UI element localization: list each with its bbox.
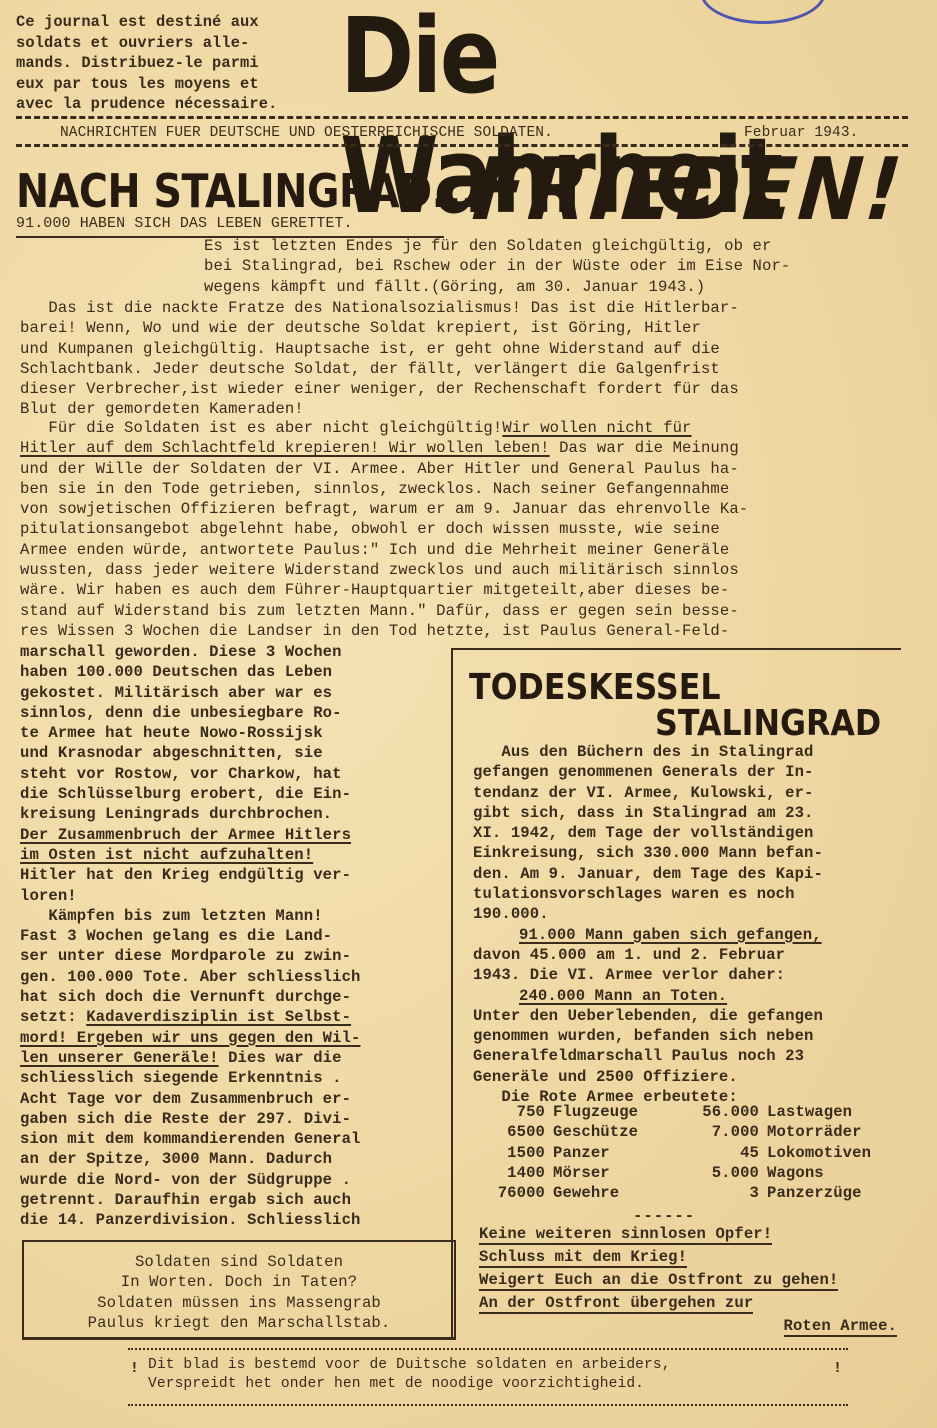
box-line: XI. 1942, dem Tage der vollständigen — [473, 823, 903, 843]
underlined-text: len unserer Generäle! — [20, 1049, 219, 1067]
intro-line: avec la prudence nécessaire. — [16, 94, 346, 115]
column-line: hat sich doch die Vernunft durchge- — [20, 987, 445, 1007]
column-line: sion mit dem kommandierenden General — [20, 1129, 445, 1149]
paragraph-line: und der Wille der Soldaten der VI. Armee… — [20, 459, 925, 479]
column-line: und Krasnodar abgeschnitten, sie — [20, 743, 445, 763]
paragraph-line: ben sie in den Tode getrieben, sinnlos, … — [20, 479, 925, 499]
headline: NACH STALINGRAD... — [16, 164, 475, 218]
column-line: an der Spitze, 3000 Mann. Dadurch — [20, 1149, 445, 1169]
slogan: Schluss mit dem Krieg! — [479, 1248, 687, 1268]
column-text: Dies war die — [219, 1049, 342, 1067]
leaflet-page: Ce journal est destiné aux soldats et ou… — [0, 0, 937, 1428]
column-line: loren! — [20, 886, 445, 906]
box-line: Aus den Büchern des in Stalingrad — [473, 742, 903, 762]
column-line: sinnlos, denn die unbesiegbare Ro- — [20, 703, 445, 723]
column-line: steht vor Rostow, vor Charkow, hat — [20, 764, 445, 784]
table-row: 1500 Panzer 45 Lokomotiven — [473, 1143, 903, 1163]
article-paragraph-1: Das ist die nackte Fratze des Nationalso… — [20, 298, 925, 420]
table-row: 1400 Mörser 5.000 Wagons — [473, 1163, 903, 1183]
quantity: 45 — [683, 1143, 767, 1163]
paragraph-line: und Kumpanen gleichgültig. Hauptsache is… — [20, 339, 925, 359]
headline-emphasis: FRIEDEN! — [469, 142, 908, 238]
item: Panzer — [553, 1143, 683, 1163]
quantity: 1400 — [473, 1163, 553, 1183]
box-line: gibt sich, dass in Stalingrad am 23. — [473, 803, 903, 823]
column-line: haben 100.000 Deutschen das Leben — [20, 662, 445, 682]
box-title: TODESKESSEL — [469, 668, 721, 708]
column-line: kreisung Leningrads durchbrochen. — [20, 804, 445, 824]
column-line: marschall geworden. Diese 3 Wochen — [20, 642, 445, 662]
quantity: 1500 — [473, 1143, 553, 1163]
item: Mörser — [553, 1163, 683, 1183]
border-mark: ! — [130, 1360, 139, 1379]
paragraph-line: von sowjetischen Offizieren befragt, war… — [20, 499, 925, 519]
paragraph-line: barei! Wenn, Wo und wie der deutsche Sol… — [20, 318, 925, 338]
quantity: 7.000 — [683, 1122, 767, 1142]
quote-line: bei Stalingrad, bei Rschew oder in der W… — [204, 256, 924, 276]
quantity: 56.000 — [683, 1102, 767, 1122]
column-line: die Schlüsselburg erobert, die Ein- — [20, 784, 445, 804]
item: Flugzeuge — [553, 1102, 683, 1122]
column-line: te Armee hat heute Nowo-Rossijsk — [20, 723, 445, 743]
paragraph-line: wussten, dass jeder weitere Widerstand z… — [20, 560, 925, 580]
box-line: genommen wurden, befanden sich neben — [473, 1026, 903, 1046]
box-line: tendanz der VI. Armee, Kulowski, er- — [473, 783, 903, 803]
box-line: gefangen genommenen Generals der In- — [473, 762, 903, 782]
paragraph-line: Das ist die nackte Fratze des Nationalso… — [20, 298, 925, 318]
column-line: gaben sich die Reste der 297. Divi- — [20, 1109, 445, 1129]
box-line: Einkreisung, sich 330.000 Mann befan- — [473, 843, 903, 863]
box-body: Aus den Büchern des in Stalingrad gefang… — [473, 742, 903, 1107]
left-column: marschall geworden. Diese 3 Wochen haben… — [20, 642, 445, 1231]
item: Motorräder — [767, 1122, 862, 1142]
quantity: 5.000 — [683, 1163, 767, 1183]
column-line: schliesslich siegende Erkenntnis . — [20, 1068, 445, 1088]
subtitle-text: NACHRICHTEN FUER DEUTSCHE UND OESTERREIC… — [60, 125, 553, 141]
column-line: Kämpfen bis zum letzten Mann! — [20, 906, 445, 926]
box-line: davon 45.000 am 1. und 2. Februar — [473, 945, 903, 965]
headline-kicker: 91.000 HABEN SICH DAS LEBEN GERETTET. — [16, 214, 444, 238]
paragraph-line: stand auf Widerstand bis zum letzten Man… — [20, 601, 925, 621]
underlined-text: 91.000 Mann gaben sich gefangen, — [519, 926, 822, 944]
column-line: getrennt. Daraufhin ergab sich auch — [20, 1190, 445, 1210]
quote-line: wegens kämpft und fällt.(Göring, am 30. … — [204, 277, 924, 297]
column-line: wurde die Nord- von der Südgruppe . — [20, 1170, 445, 1190]
column-line: die 14. Panzerdivision. Schliesslich — [20, 1210, 445, 1230]
underlined-text: im Osten ist nicht aufzuhalten! — [20, 846, 313, 864]
box-line: tulationsvorschlages waren es noch — [473, 884, 903, 904]
underlined-text: Wir wollen nicht für — [502, 419, 691, 437]
box-line: Generalfeldmarschall Paulus noch 23 — [473, 1046, 903, 1066]
paragraph-line: wäre. Wir haben es auch dem Führer-Haupt… — [20, 580, 925, 600]
underlined-text: Kadaverdisziplin ist Selbst- — [86, 1008, 351, 1026]
slogan: An der Ostfront übergehen zur — [479, 1294, 753, 1314]
paragraph-line: dieser Verbrecher,ist wieder einer wenig… — [20, 379, 925, 399]
item: Wagons — [767, 1163, 824, 1183]
column-line: ser unter diese Mordparole zu zwin- — [20, 946, 445, 966]
column-line: Acht Tage vor dem Zusammenbruch er- — [20, 1089, 445, 1109]
column-line: gen. 100.000 Tote. Aber schliesslich — [20, 967, 445, 987]
paragraph-line: res Wissen 3 Wochen die Landser in den T… — [20, 621, 925, 641]
border-mark: ! — [833, 1360, 842, 1379]
quantity: 3 — [683, 1183, 767, 1203]
poem-line: Soldaten müssen ins Massengrab — [24, 1293, 454, 1313]
intro-line: soldats et ouvriers alle- — [16, 33, 346, 54]
dutch-footer: ! ! Dit blad is bestemd voor de Duitsche… — [128, 1348, 848, 1406]
column-line: Hitler hat den Krieg endgültig ver- — [20, 865, 445, 885]
todeskessel-box: TODESKESSEL STALINGRAD Aus den Büchern d… — [451, 648, 901, 1340]
poem-line: Paulus kriegt den Marschallstab. — [24, 1313, 454, 1333]
slogan: Keine weiteren sinnlosen Opfer! — [479, 1225, 772, 1245]
masthead-intro: Ce journal est destiné aux soldats et ou… — [16, 12, 346, 115]
item: Geschütze — [553, 1122, 683, 1142]
goering-quote: Es ist letzten Endes je für den Soldaten… — [204, 236, 924, 297]
intro-line: mands. Distribuez-le parmi — [16, 53, 346, 74]
quantity: 76000 — [473, 1183, 553, 1203]
box-line: den. Am 9. Januar, dem Tage des Kapi- — [473, 864, 903, 884]
intro-line: Ce journal est destiné aux — [16, 12, 346, 33]
intro-line: eux par tous les moyens et — [16, 74, 346, 95]
slogans: Keine weiteren sinnlosen Opfer! Schluss … — [479, 1224, 899, 1339]
quote-line: Es ist letzten Endes je für den Soldaten… — [204, 236, 924, 256]
paragraph-line: Armee enden würde, antwortete Paulus:" I… — [20, 540, 925, 560]
paragraph-text: Das war die Meinung — [550, 439, 739, 457]
underlined-text: Der Zusammenbruch der Armee Hitlers — [20, 826, 351, 844]
column-line: Fast 3 Wochen gelang es die Land- — [20, 926, 445, 946]
footer-line: Verspreidt het onder hen met de noodige … — [148, 1375, 848, 1394]
underlined-text: Hitler auf dem Schlachtfeld krepieren! W… — [20, 439, 550, 457]
table-row: 6500 Geschütze 7.000 Motorräder — [473, 1122, 903, 1142]
paragraph-line: Schlachtbank. Jeder deutsche Soldat, der… — [20, 359, 925, 379]
paragraph-line: Blut der gemordeten Kameraden! — [20, 399, 925, 419]
box-title: STALINGRAD — [655, 704, 881, 744]
underlined-text: mord! Ergeben wir uns gegen den Wil- — [20, 1029, 360, 1047]
item: Panzerzüge — [767, 1183, 862, 1203]
poem-box: Soldaten sind Soldaten In Worten. Doch i… — [22, 1240, 456, 1340]
slogan: Weigert Euch an die Ostfront zu gehen! — [479, 1271, 838, 1291]
item: Lokomotiven — [767, 1143, 871, 1163]
table-row: 750 Flugzeuge 56.000 Lastwagen — [473, 1102, 903, 1122]
slogan: Roten Armee. — [784, 1317, 898, 1337]
paragraph-text: Für die Soldaten ist es aber nicht gleic… — [20, 419, 502, 437]
quantity: 6500 — [473, 1122, 553, 1142]
poem-line: In Worten. Doch in Taten? — [24, 1272, 454, 1292]
paragraph-line: pitulationsangebot abgelehnt habe, obwoh… — [20, 519, 925, 539]
box-line: 1943. Die VI. Armee verlor daher: — [473, 965, 903, 985]
box-line: 190.000. — [473, 904, 903, 924]
quantity: 750 — [473, 1102, 553, 1122]
captured-equipment-table: 750 Flugzeuge 56.000 Lastwagen 6500 Gesc… — [473, 1102, 903, 1203]
column-line: gekostet. Militärisch aber war es — [20, 683, 445, 703]
poem-line: Soldaten sind Soldaten — [24, 1252, 454, 1272]
box-line: Generäle und 2500 Offiziere. — [473, 1067, 903, 1087]
item: Gewehre — [553, 1183, 683, 1203]
table-row: 76000 Gewehre 3 Panzerzüge — [473, 1183, 903, 1203]
underlined-text: 240.000 Mann an Toten. — [519, 987, 727, 1005]
article-paragraph-2: Für die Soldaten ist es aber nicht gleic… — [20, 418, 925, 641]
divider — [16, 116, 908, 119]
footer-line: Dit blad is bestemd voor de Duitsche sol… — [148, 1356, 848, 1375]
column-text: setzt: — [20, 1008, 86, 1026]
box-line: Unter den Ueberlebenden, die gefangen — [473, 1006, 903, 1026]
item: Lastwagen — [767, 1102, 852, 1122]
